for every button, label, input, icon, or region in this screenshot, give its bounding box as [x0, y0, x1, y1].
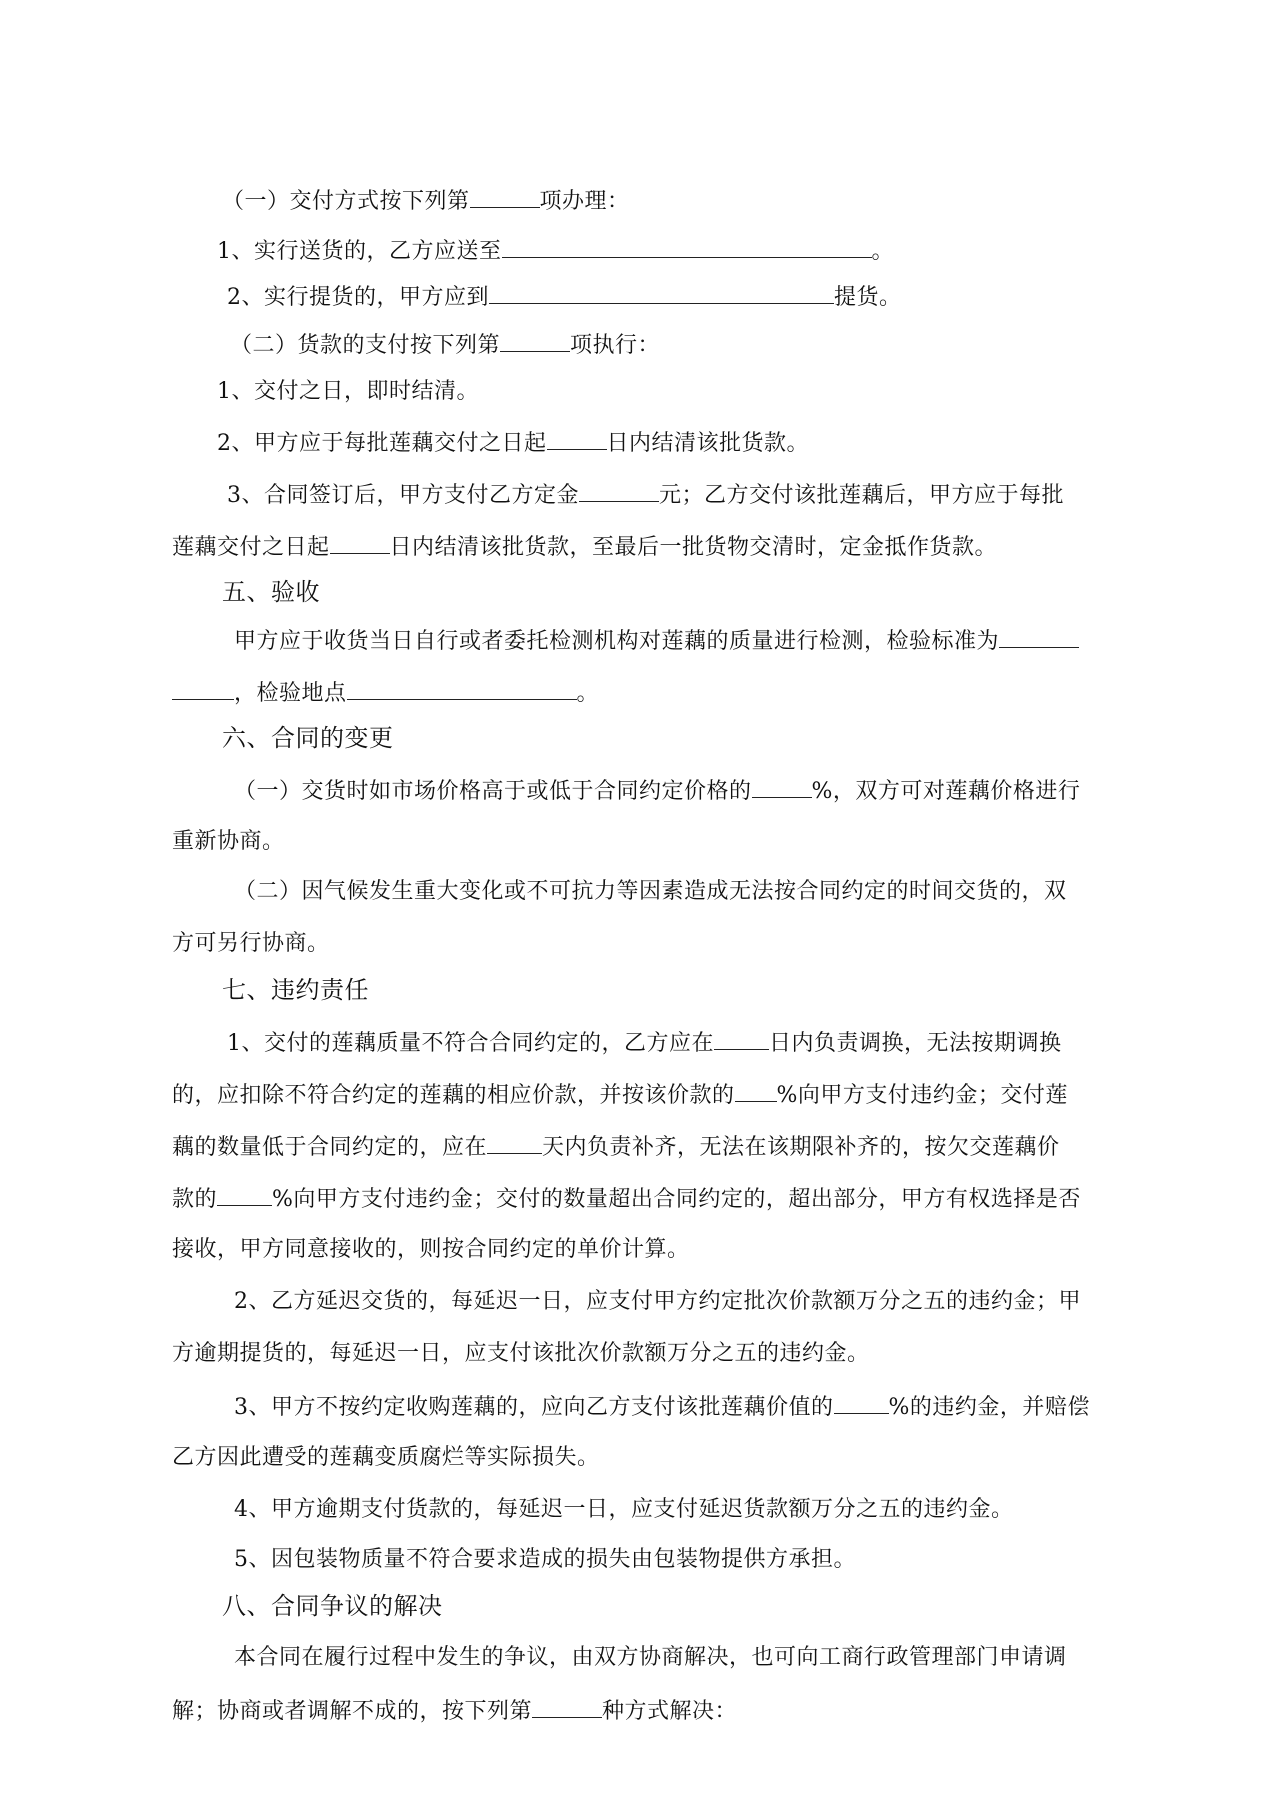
- paragraph-line: 乙方因此遭受的莲藕变质腐烂等实际损失。: [172, 1443, 1122, 1473]
- text-span: 五、验收: [222, 578, 320, 606]
- text-span: 方可另行协商。: [172, 931, 330, 956]
- text-span: 乙方因此遭受的莲藕变质腐烂等实际损失。: [172, 1445, 600, 1470]
- text-span: （一）交货时如市场价格高于或低于合同约定价格的: [234, 779, 752, 804]
- fill-in-blank: [735, 1079, 777, 1102]
- text-span: ，检验地点: [234, 681, 347, 706]
- paragraph-line: 接收，甲方同意接收的，则按合同约定的单价计算。: [172, 1235, 1122, 1265]
- text-span: 元；乙方交付该批莲藕后，甲方应于每批: [659, 483, 1064, 508]
- text-span: %向甲方支付违约金；交付莲: [777, 1083, 1068, 1108]
- paragraph-line: 方逾期提货的，每延迟一日，应支付该批次价款额万分之五的违约金。: [172, 1339, 1122, 1369]
- text-span: 项办理：: [540, 189, 630, 214]
- text-span: 5、因包装物质量不符合要求造成的损失由包装物提供方承担。: [234, 1547, 856, 1572]
- text-span: 接收，甲方同意接收的，则按合同约定的单价计算。: [172, 1237, 690, 1262]
- fill-in-blank: [347, 677, 577, 700]
- paragraph-line: ，检验地点。: [172, 677, 1122, 709]
- fill-in-blank: [487, 1131, 542, 1154]
- text-span: 1、交付的莲藕质量不符合合同约定的，乙方应在: [227, 1031, 714, 1056]
- paragraph-line: 2、乙方延迟交货的，每延迟一日，应支付甲方约定批次价款额万分之五的违约金；甲: [172, 1287, 1184, 1317]
- section-heading: 五、验收: [172, 577, 1172, 607]
- fill-in-blank: [470, 185, 540, 208]
- fill-in-blank: [330, 531, 390, 554]
- text-span: 本合同在履行过程中发生的争议，由双方协商解决，也可向工商行政管理部门申请调: [234, 1645, 1067, 1670]
- text-span: （二）货款的支付按下列第: [230, 333, 500, 358]
- text-span: 2、乙方延迟交货的，每延迟一日，应支付甲方约定批次价款额万分之五的违约金；甲: [234, 1289, 1081, 1314]
- text-span: 4、甲方逾期支付货款的，每延迟一日，应支付延迟货款额万分之五的违约金。: [234, 1497, 1014, 1522]
- paragraph-line: 重新协商。: [172, 827, 1122, 857]
- text-span: %的违约金，并赔偿: [889, 1395, 1090, 1420]
- paragraph-line: （一）交付方式按下列第项办理：: [172, 185, 1172, 217]
- fill-in-blank: [172, 677, 234, 700]
- text-span: 藕的数量低于合同约定的，应在: [172, 1135, 487, 1160]
- paragraph-line: 本合同在履行过程中发生的争议，由双方协商解决，也可向工商行政管理部门申请调: [172, 1643, 1184, 1673]
- fill-in-blank: [502, 235, 872, 258]
- text-span: 日内负责调换，无法按期调换: [769, 1031, 1062, 1056]
- paragraph-line: 3、甲方不按约定收购莲藕的，应向乙方支付该批莲藕价值的%的违约金，并赔偿: [172, 1391, 1184, 1423]
- text-span: 。: [577, 681, 600, 706]
- paragraph-line: 藕的数量低于合同约定的，应在天内负责补齐，无法在该期限补齐的，按欠交莲藕价: [172, 1131, 1122, 1163]
- document-page: （一）交付方式按下列第项办理：1、实行送货的，乙方应送至。2、实行提货的，甲方应…: [0, 0, 1280, 1810]
- text-span: （一）交付方式按下列第: [222, 189, 470, 214]
- paragraph-line: 2、甲方应于每批莲藕交付之日起日内结清该批货款。: [172, 427, 1167, 459]
- paragraph-line: 1、实行送货的，乙方应送至。: [172, 235, 1167, 267]
- fill-in-blank: [532, 1695, 602, 1718]
- text-span: 款的: [172, 1187, 217, 1212]
- paragraph-line: （一）交货时如市场价格高于或低于合同约定价格的%，双方可对莲藕价格进行: [172, 775, 1184, 807]
- text-span: 3、甲方不按约定收购莲藕的，应向乙方支付该批莲藕价值的: [234, 1395, 834, 1420]
- text-span: 日内结清该批货款。: [607, 431, 810, 456]
- text-span: 方逾期提货的，每延迟一日，应支付该批次价款额万分之五的违约金。: [172, 1341, 870, 1366]
- section-heading: 八、合同争议的解决: [172, 1591, 1172, 1621]
- paragraph-line: （二）货款的支付按下列第项执行：: [172, 329, 1180, 361]
- paragraph-line: 方可另行协商。: [172, 929, 1122, 959]
- text-span: 2、甲方应于每批莲藕交付之日起: [217, 431, 547, 456]
- fill-in-blank: [752, 775, 812, 798]
- paragraph-line: 莲藕交付之日起日内结清该批货款，至最后一批货物交清时，定金抵作货款。: [172, 531, 1122, 563]
- text-span: %向甲方支付违约金；交付的数量超出合同约定的，超出部分，甲方有权选择是否: [272, 1187, 1081, 1212]
- fill-in-blank: [547, 427, 607, 450]
- paragraph-line: 甲方应于收货当日自行或者委托检测机构对莲藕的质量进行检测，检验标准为: [172, 625, 1184, 657]
- fill-in-blank: [500, 329, 570, 352]
- text-span: 甲方应于收货当日自行或者委托检测机构对莲藕的质量进行检测，检验标准为: [234, 629, 999, 654]
- paragraph-line: 解；协商或者调解不成的，按下列第种方式解决：: [172, 1695, 1122, 1727]
- paragraph-line: 的，应扣除不符合约定的莲藕的相应价款，并按该价款的%向甲方支付违约金；交付莲: [172, 1079, 1122, 1111]
- paragraph-line: 5、因包装物质量不符合要求造成的损失由包装物提供方承担。: [172, 1545, 1184, 1575]
- paragraph-line: 4、甲方逾期支付货款的，每延迟一日，应支付延迟货款额万分之五的违约金。: [172, 1495, 1184, 1525]
- fill-in-blank: [579, 479, 659, 502]
- fill-in-blank: [217, 1183, 272, 1206]
- text-span: 八、合同争议的解决: [222, 1592, 443, 1620]
- text-span: %，双方可对莲藕价格进行: [812, 779, 1081, 804]
- paragraph-line: 2、实行提货的，甲方应到提货。: [172, 281, 1177, 313]
- text-span: 种方式解决：: [602, 1699, 737, 1724]
- fill-in-blank: [999, 625, 1079, 648]
- text-span: 解；协商或者调解不成的，按下列第: [172, 1699, 532, 1724]
- text-span: 项执行：: [570, 333, 660, 358]
- fill-in-blank: [834, 1391, 889, 1414]
- text-span: （二）因气候发生重大变化或不可抗力等因素造成无法按合同约定的时间交货的，双: [234, 879, 1067, 904]
- text-span: 重新协商。: [172, 829, 285, 854]
- paragraph-line: 3、合同签订后，甲方支付乙方定金元；乙方交付该批莲藕后，甲方应于每批: [172, 479, 1177, 511]
- text-span: 六、合同的变更: [222, 724, 394, 752]
- text-span: 日内结清该批货款，至最后一批货物交清时，定金抵作货款。: [390, 535, 998, 560]
- text-span: 天内负责补齐，无法在该期限补齐的，按欠交莲藕价: [542, 1135, 1060, 1160]
- paragraph-line: 1、交付之日，即时结清。: [172, 377, 1167, 407]
- text-span: 1、交付之日，即时结清。: [217, 379, 479, 404]
- text-span: 。: [872, 239, 895, 264]
- text-span: 1、实行送货的，乙方应送至: [217, 239, 502, 264]
- fill-in-blank: [714, 1027, 769, 1050]
- section-heading: 六、合同的变更: [172, 723, 1172, 753]
- text-span: 莲藕交付之日起: [172, 535, 330, 560]
- text-span: 七、违约责任: [222, 976, 369, 1004]
- paragraph-line: 款的%向甲方支付违约金；交付的数量超出合同约定的，超出部分，甲方有权选择是否: [172, 1183, 1122, 1215]
- text-span: 提货。: [834, 285, 902, 310]
- text-span: 3、合同签订后，甲方支付乙方定金: [227, 483, 579, 508]
- text-span: 的，应扣除不符合约定的莲藕的相应价款，并按该价款的: [172, 1083, 735, 1108]
- text-span: 2、实行提货的，甲方应到: [227, 285, 489, 310]
- paragraph-line: （二）因气候发生重大变化或不可抗力等因素造成无法按合同约定的时间交货的，双: [172, 877, 1184, 907]
- section-heading: 七、违约责任: [172, 975, 1172, 1005]
- paragraph-line: 1、交付的莲藕质量不符合合同约定的，乙方应在日内负责调换，无法按期调换: [172, 1027, 1177, 1059]
- fill-in-blank: [489, 281, 834, 304]
